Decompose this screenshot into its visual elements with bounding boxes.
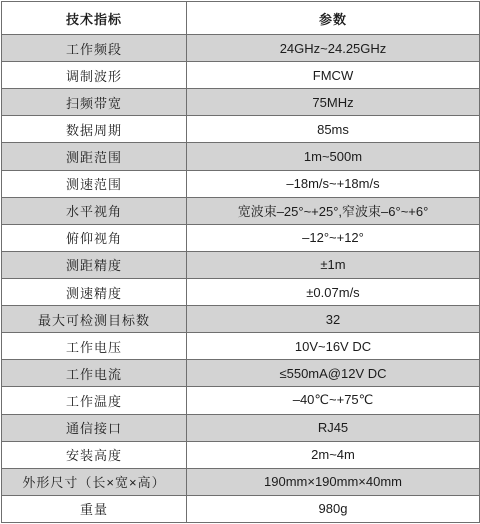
spec-label: 数据周期 [2,116,187,143]
spec-value: 85ms [187,116,480,143]
table-row: 工作温度 –40℃~+75℃ [2,387,480,414]
spec-label: 扫频带宽 [2,89,187,116]
table-row: 工作频段 24GHz~24.25GHz [2,35,480,62]
spec-label: 通信接口 [2,414,187,441]
spec-value: ±0.07m/s [187,278,480,305]
spec-label: 工作温度 [2,387,187,414]
spec-value: 75MHz [187,89,480,116]
spec-value: 宽波束–25°~+25°,窄波束–6°~+6° [187,197,480,224]
spec-table: 技术指标 参数 工作频段 24GHz~24.25GHz 调制波形 FMCW 扫频… [1,1,480,523]
spec-value: 2m~4m [187,441,480,468]
spec-label: 调制波形 [2,62,187,89]
table-row: 安装高度 2m~4m [2,441,480,468]
spec-label: 重量 [2,495,187,522]
spec-value: –12°~+12° [187,224,480,251]
table-row: 工作电流 ≤550mA@12V DC [2,360,480,387]
table-row: 数据周期 85ms [2,116,480,143]
spec-label: 测速范围 [2,170,187,197]
spec-label: 最大可检测目标数 [2,306,187,333]
spec-value: –40℃~+75℃ [187,387,480,414]
table-row: 调制波形 FMCW [2,62,480,89]
spec-value: 1m~500m [187,143,480,170]
spec-label: 测速精度 [2,278,187,305]
table-row: 扫频带宽 75MHz [2,89,480,116]
spec-label: 工作频段 [2,35,187,62]
table-row: 最大可检测目标数 32 [2,306,480,333]
spec-value: RJ45 [187,414,480,441]
table-row: 通信接口 RJ45 [2,414,480,441]
spec-label: 工作电流 [2,360,187,387]
table-row: 俯仰视角 –12°~+12° [2,224,480,251]
table-row: 测距范围 1m~500m [2,143,480,170]
table-row: 测距精度 ±1m [2,251,480,278]
spec-value: ±1m [187,251,480,278]
spec-value: FMCW [187,62,480,89]
spec-value: 190mm×190mm×40mm [187,468,480,495]
spec-label: 水平视角 [2,197,187,224]
spec-value: 32 [187,306,480,333]
column-header-parameter: 参数 [187,2,480,35]
table-row: 工作电压 10V~16V DC [2,333,480,360]
spec-label: 工作电压 [2,333,187,360]
spec-label: 安装高度 [2,441,187,468]
table-row: 重量 980g [2,495,480,522]
spec-label: 测距范围 [2,143,187,170]
spec-value: –18m/s~+18m/s [187,170,480,197]
spec-label: 测距精度 [2,251,187,278]
spec-value: 980g [187,495,480,522]
table-row: 测速精度 ±0.07m/s [2,278,480,305]
table-row: 水平视角 宽波束–25°~+25°,窄波束–6°~+6° [2,197,480,224]
spec-label: 俯仰视角 [2,224,187,251]
table-row: 外形尺寸（长×宽×高） 190mm×190mm×40mm [2,468,480,495]
spec-label: 外形尺寸（长×宽×高） [2,468,187,495]
header-row: 技术指标 参数 [2,2,480,35]
table-row: 测速范围 –18m/s~+18m/s [2,170,480,197]
column-header-indicator: 技术指标 [2,2,187,35]
spec-value: ≤550mA@12V DC [187,360,480,387]
spec-value: 24GHz~24.25GHz [187,35,480,62]
spec-value: 10V~16V DC [187,333,480,360]
spec-sheet-page: 技术指标 参数 工作频段 24GHz~24.25GHz 调制波形 FMCW 扫频… [0,0,480,524]
